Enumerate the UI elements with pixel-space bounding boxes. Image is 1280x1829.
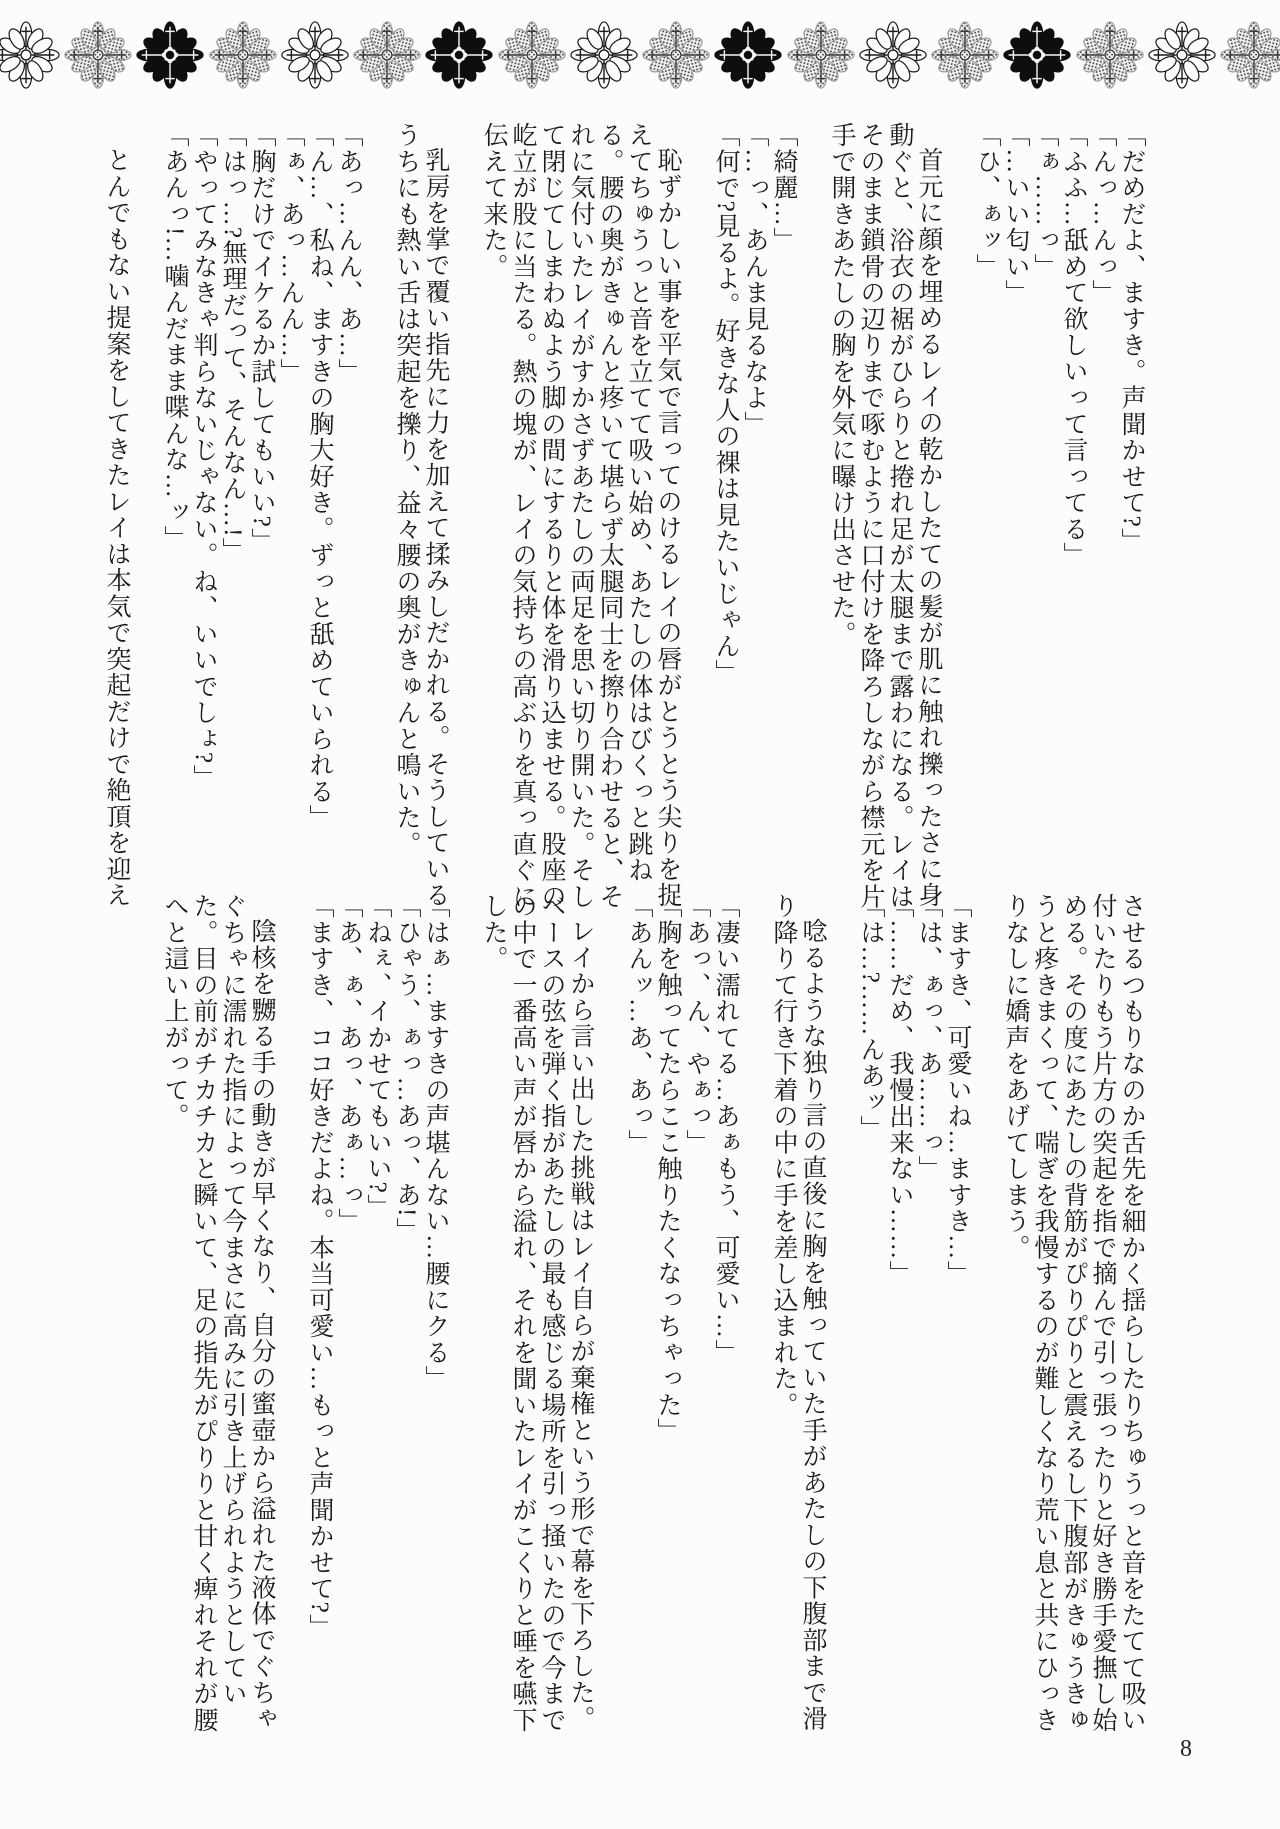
dialogue-line: 「はっ…?無理だって、そんなん…!」 [218,122,247,922]
flower-icon [136,21,204,89]
dialogue-line: 「ますき、ココ好きだよね。本当可愛い…もっと声聞かせて?」 [305,893,334,1738]
dialogue-line: 「は…?……んあッ」 [856,893,885,1738]
flower-icon [787,21,855,89]
narrative-paragraph: レイから言い出した挑戦はレイ自らが棄権という形で幕を下ろした。ベースの弦を弾く指… [479,893,595,1738]
narrative-paragraph: 恥ずかしい事を平気で言ってのけるレイの唇がとうとう尖りを捉えてちゅうっと音を立て… [479,122,682,922]
dialogue-line: 「んっ…んっ」 [1088,122,1117,922]
dialogue-line: 「胸だけでイケるか試してもいい?」 [247,122,276,922]
narrative-paragraph: 唸るような独り言の直後に胸を触っていた手があたしの下腹部まで滑り降りて行き下着の… [769,893,827,1738]
dialogue-line: 「やってみなきゃ判らないじゃない。ね、いいでしょ?」 [189,122,218,922]
narrative-paragraph: 乳房を掌で覆い指先に力を加えて揉みしだかれる。そうしているうちにも熱い舌は突起を… [392,122,450,922]
flower-icon [353,21,421,89]
dialogue-line: 「ぁ……っ」 [1030,122,1059,922]
dialogue-line: 「はぁ…ますきの声堪んない…腰にクる」 [421,893,450,1738]
flower-icon [281,21,349,89]
flower-icon [642,21,710,89]
dialogue-line: 「ねぇ、イかせてもいい?」 [363,893,392,1738]
dialogue-line: 「胸を触ってたらここ触りたくなっちゃった」 [653,893,682,1738]
dialogue-line: 「ん…、私ね、ますきの胸大好き。ずっと舐めていられる」 [305,122,334,922]
dialogue-line: 「ひ、ぁッ」 [972,122,1001,922]
dialogue-line: 「……だめ、我慢出来ない……」 [885,893,914,1738]
dialogue-line: 「…っ、あんま見るなよ」 [740,122,769,922]
bottom-text-block: させるつもりなのか舌先を細かく揺らしたりちゅうっと音をたてて吸い付いたりもう片方… [160,893,1146,1738]
dialogue-line: 「凄い濡れてる…あぁもう、可愛い…」 [711,893,740,1738]
flower-icon [209,21,277,89]
dialogue-line: 「あ、ぁ、あっ、あぁ…っ」 [334,893,363,1738]
dialogue-line: 「あっ、ん、やぁっ」 [682,893,711,1738]
dialogue-line: 「ますき、可愛いね…ますき…」 [943,893,972,1738]
flower-icon [64,21,132,89]
dialogue-line: 「ふふ…舐めて欲しいって言ってる」 [1059,122,1088,922]
dialogue-line: 「だめだよ、ますき。声聞かせて?」 [1117,122,1146,922]
flower-icon [0,21,60,89]
narrative-paragraph: 陰核を嬲る手の動きが早くなり、自分の蜜壺から溢れた液体でぐちゃぐちゃに濡れた指に… [160,893,276,1738]
dialogue-line: 「ぁ、あっ…んん…」 [276,122,305,922]
flower-icon [1003,21,1071,89]
dialogue-line: 「ひゃう、ぁっ…あっ、あ!」 [392,893,421,1738]
dialogue-line: 「は、ぁっ、あ……っ」 [914,893,943,1738]
flower-icon [714,21,782,89]
narrative-paragraph: させるつもりなのか舌先を細かく揺らしたりちゅうっと音をたてて吸い付いたりもう片方… [1001,893,1146,1738]
scanned-novel-page: { "page": { "number": "8", "background_c… [0,0,1280,1829]
top-text-block: 「だめだよ、ますき。声聞かせて?」「んっ…んっ」「ふふ…舐めて欲しいって言ってる… [102,122,1146,922]
dialogue-line: 「あんッ…あ、あっ」 [624,893,653,1738]
dialogue-line: 「何で?見るよ。好きな人の裸は見たいじゃん」 [711,122,740,922]
narrative-paragraph: とんでもない提案をしてきたレイは本気で突起だけで絶頂を迎え [102,122,131,922]
flower-icon [1220,21,1280,89]
flower-icon [931,21,999,89]
flower-border [0,20,1280,90]
flower-icon [1148,21,1216,89]
flower-icon [425,21,493,89]
flower-icon [498,21,566,89]
flower-icon [859,21,927,89]
dialogue-line: 「あっ…んん、あ…」 [334,122,363,922]
dialogue-line: 「綺麗…」 [769,122,798,922]
dialogue-line: 「…いい匂い」 [1001,122,1030,922]
flower-icon [570,21,638,89]
dialogue-line: 「あんっ!…噛んだまま喋んな…ッ」 [160,122,189,922]
flower-icon [1076,21,1144,89]
narrative-paragraph: 首元に顔を埋めるレイの乾かしたての髪が肌に触れ擽ったさに身動ぐと、浴衣の裾がひら… [827,122,943,922]
page-number: 8 [1180,1736,1192,1763]
